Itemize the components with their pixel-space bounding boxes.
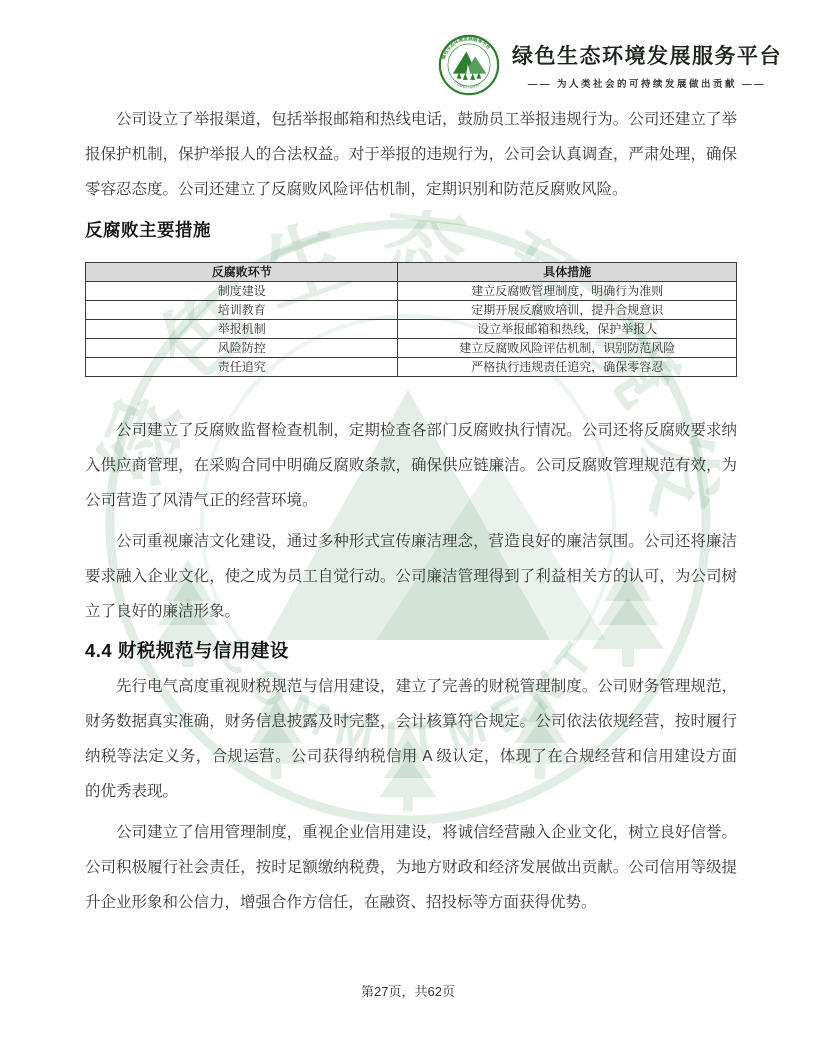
paragraph-whistleblowing: 公司设立了举报渠道，包括举报邮箱和热线电话，鼓励员工举报违规行为。公司还建立了举…: [85, 102, 737, 207]
table-cell: 建立反腐败风险评估机制，识别防范风险: [398, 339, 737, 358]
platform-tagline: —— 为人类社会的可持续发展做出贡献 ——: [528, 76, 766, 90]
paragraph-tax-compliance: 先行电气高度重视财税规范与信用建设，建立了完善的财税管理制度。公司财务管理规范，…: [85, 669, 737, 809]
document-page: 绿色生态环境发展服务平台 COMMITMENT 绿色生态环境发展服务平台: [0, 0, 816, 1056]
table-cell: 严格执行违规责任追究，确保零容忍: [398, 358, 737, 377]
column-header-measure: 具体措施: [398, 263, 737, 282]
page-header: 绿色生态环境发展服务平台 COMMITMENT 绿色生态环境发展服务平台 —— …: [438, 34, 782, 96]
table-cell: 举报机制: [86, 320, 398, 339]
paragraph-credit-management: 公司建立了信用管理制度，重视企业信用建设，将诚信经营融入企业文化，树立良好信誉。…: [85, 815, 737, 920]
table-cell: 建立反腐败管理制度，明确行为准则: [398, 282, 737, 301]
header-text-block: 绿色生态环境发展服务平台 —— 为人类社会的可持续发展做出贡献 ——: [512, 40, 782, 90]
table-cell: 风险防控: [86, 339, 398, 358]
table-row: 培训教育定期开展反腐败培训，提升合规意识: [86, 301, 737, 320]
table-cell: 设立举报邮箱和热线，保护举报人: [398, 320, 737, 339]
table-row: 制度建设建立反腐败管理制度，明确行为准则: [86, 282, 737, 301]
table-row: 举报机制设立举报邮箱和热线，保护举报人: [86, 320, 737, 339]
table-title: 反腐败主要措施: [85, 217, 737, 242]
table-head: 反腐败环节 具体措施: [86, 263, 737, 282]
table-header-row: 反腐败环节 具体措施: [86, 263, 737, 282]
measures-table-body: 制度建设建立反腐败管理制度，明确行为准则培训教育定期开展反腐败培训，提升合规意识…: [86, 282, 737, 377]
platform-name: 绿色生态环境发展服务平台: [512, 40, 782, 70]
platform-logo-icon: 绿色生态环境发展服务平台 COMMITMENT: [438, 34, 500, 96]
document-body: 公司设立了举报渠道，包括举报邮箱和热线电话，鼓励员工举报违规行为。公司还建立了举…: [85, 102, 737, 926]
table-cell: 制度建设: [86, 282, 398, 301]
section-heading-4-4: 4.4 财税规范与信用建设: [85, 637, 737, 663]
table-cell: 定期开展反腐败培训，提升合规意识: [398, 301, 737, 320]
table-cell: 培训教育: [86, 301, 398, 320]
table-cell: 责任追究: [86, 358, 398, 377]
table-row: 责任追究严格执行违规责任追究，确保零容忍: [86, 358, 737, 377]
paragraph-supervision: 公司建立了反腐败监督检查机制，定期检查各部门反腐败执行情况。公司还将反腐败要求纳…: [85, 413, 737, 518]
table-row: 风险防控建立反腐败风险评估机制，识别防范风险: [86, 339, 737, 358]
page-number: 第27页，共62页: [0, 981, 816, 1000]
anti-corruption-measures-table: 反腐败环节 具体措施 制度建设建立反腐败管理制度，明确行为准则培训教育定期开展反…: [85, 262, 737, 377]
paragraph-integrity-culture: 公司重视廉洁文化建设，通过多种形式宣传廉洁理念，营造良好的廉洁氛围。公司还将廉洁…: [85, 524, 737, 629]
column-header-step: 反腐败环节: [86, 263, 398, 282]
